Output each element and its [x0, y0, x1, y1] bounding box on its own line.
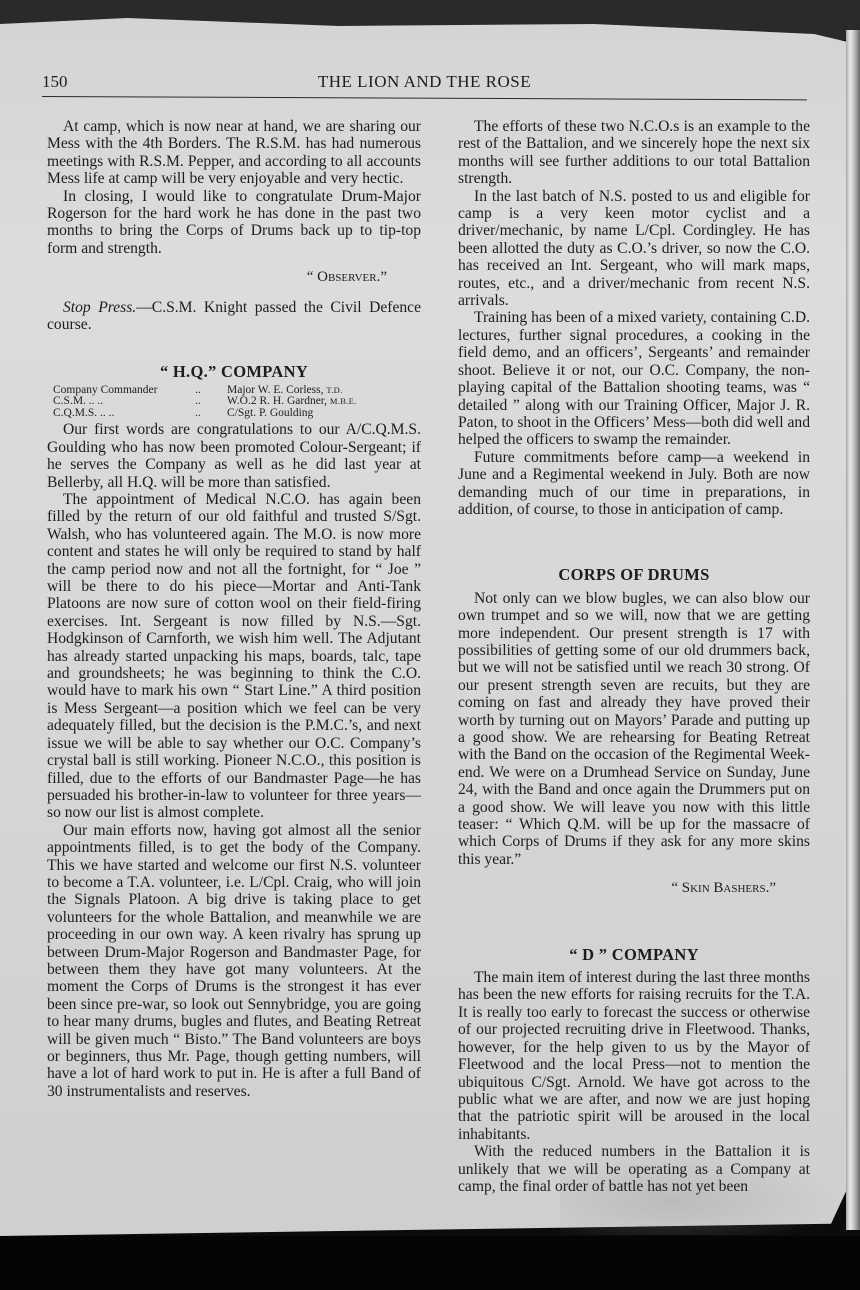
paragraph: Our first words are congratulations to o… — [47, 421, 421, 491]
right-column: The efforts of these two N.C.O.s is an e… — [458, 118, 810, 1195]
paragraph: In closing, I would like to congratulate… — [47, 188, 421, 258]
company-roster: Company Commander .. Major W. E. Corless… — [53, 385, 421, 420]
paragraph: The efforts of these two N.C.O.s is an e… — [458, 118, 810, 188]
paragraph: In the last batch of N.S. posted to us a… — [458, 188, 810, 310]
paragraph: Our main efforts now, having got almost … — [47, 822, 421, 1101]
section-heading-hq-company: “ H.Q.” COMPANY — [47, 363, 421, 380]
paragraph: The appointment of Medical N.C.O. has ag… — [47, 491, 421, 822]
stop-press: Stop Press.—C.S.M. Knight passed the Civ… — [47, 299, 421, 334]
scan-background-bottom — [0, 1236, 860, 1290]
roster-dots: .. — [195, 408, 227, 420]
page-header: 150 THE LION AND THE ROSE — [42, 68, 807, 98]
signature-skin-bashers: “ Skin Bashers.” — [458, 880, 776, 897]
section-heading-d-company: “ D ” COMPANY — [458, 946, 810, 963]
paragraph: Future commitments before camp—a weekend… — [458, 449, 810, 519]
section-heading-corps-of-drums: CORPS OF DRUMS — [458, 566, 810, 583]
roster-row: C.Q.M.S. .. .. .. C/Sgt. P. Goulding — [53, 408, 421, 420]
paragraph: At camp, which is now near at hand, we a… — [47, 118, 421, 188]
running-title: THE LION AND THE ROSE — [42, 72, 807, 92]
paragraph: With the reduced numbers in the Battalio… — [458, 1143, 810, 1195]
page-edge — [846, 30, 860, 1230]
left-column: At camp, which is now near at hand, we a… — [47, 118, 421, 1100]
roster-role: C.Q.M.S. .. .. — [53, 408, 195, 420]
paragraph: The main item of interest during the las… — [458, 969, 810, 1143]
roster-name: C/Sgt. P. Goulding — [227, 408, 313, 420]
paragraph: Not only can we blow bugles, we can also… — [458, 590, 810, 869]
signature-observer: “ Observer.” — [47, 269, 387, 286]
stop-press-label: Stop Press. — [63, 299, 136, 316]
paragraph: Training has been of a mixed variety, co… — [458, 309, 810, 448]
